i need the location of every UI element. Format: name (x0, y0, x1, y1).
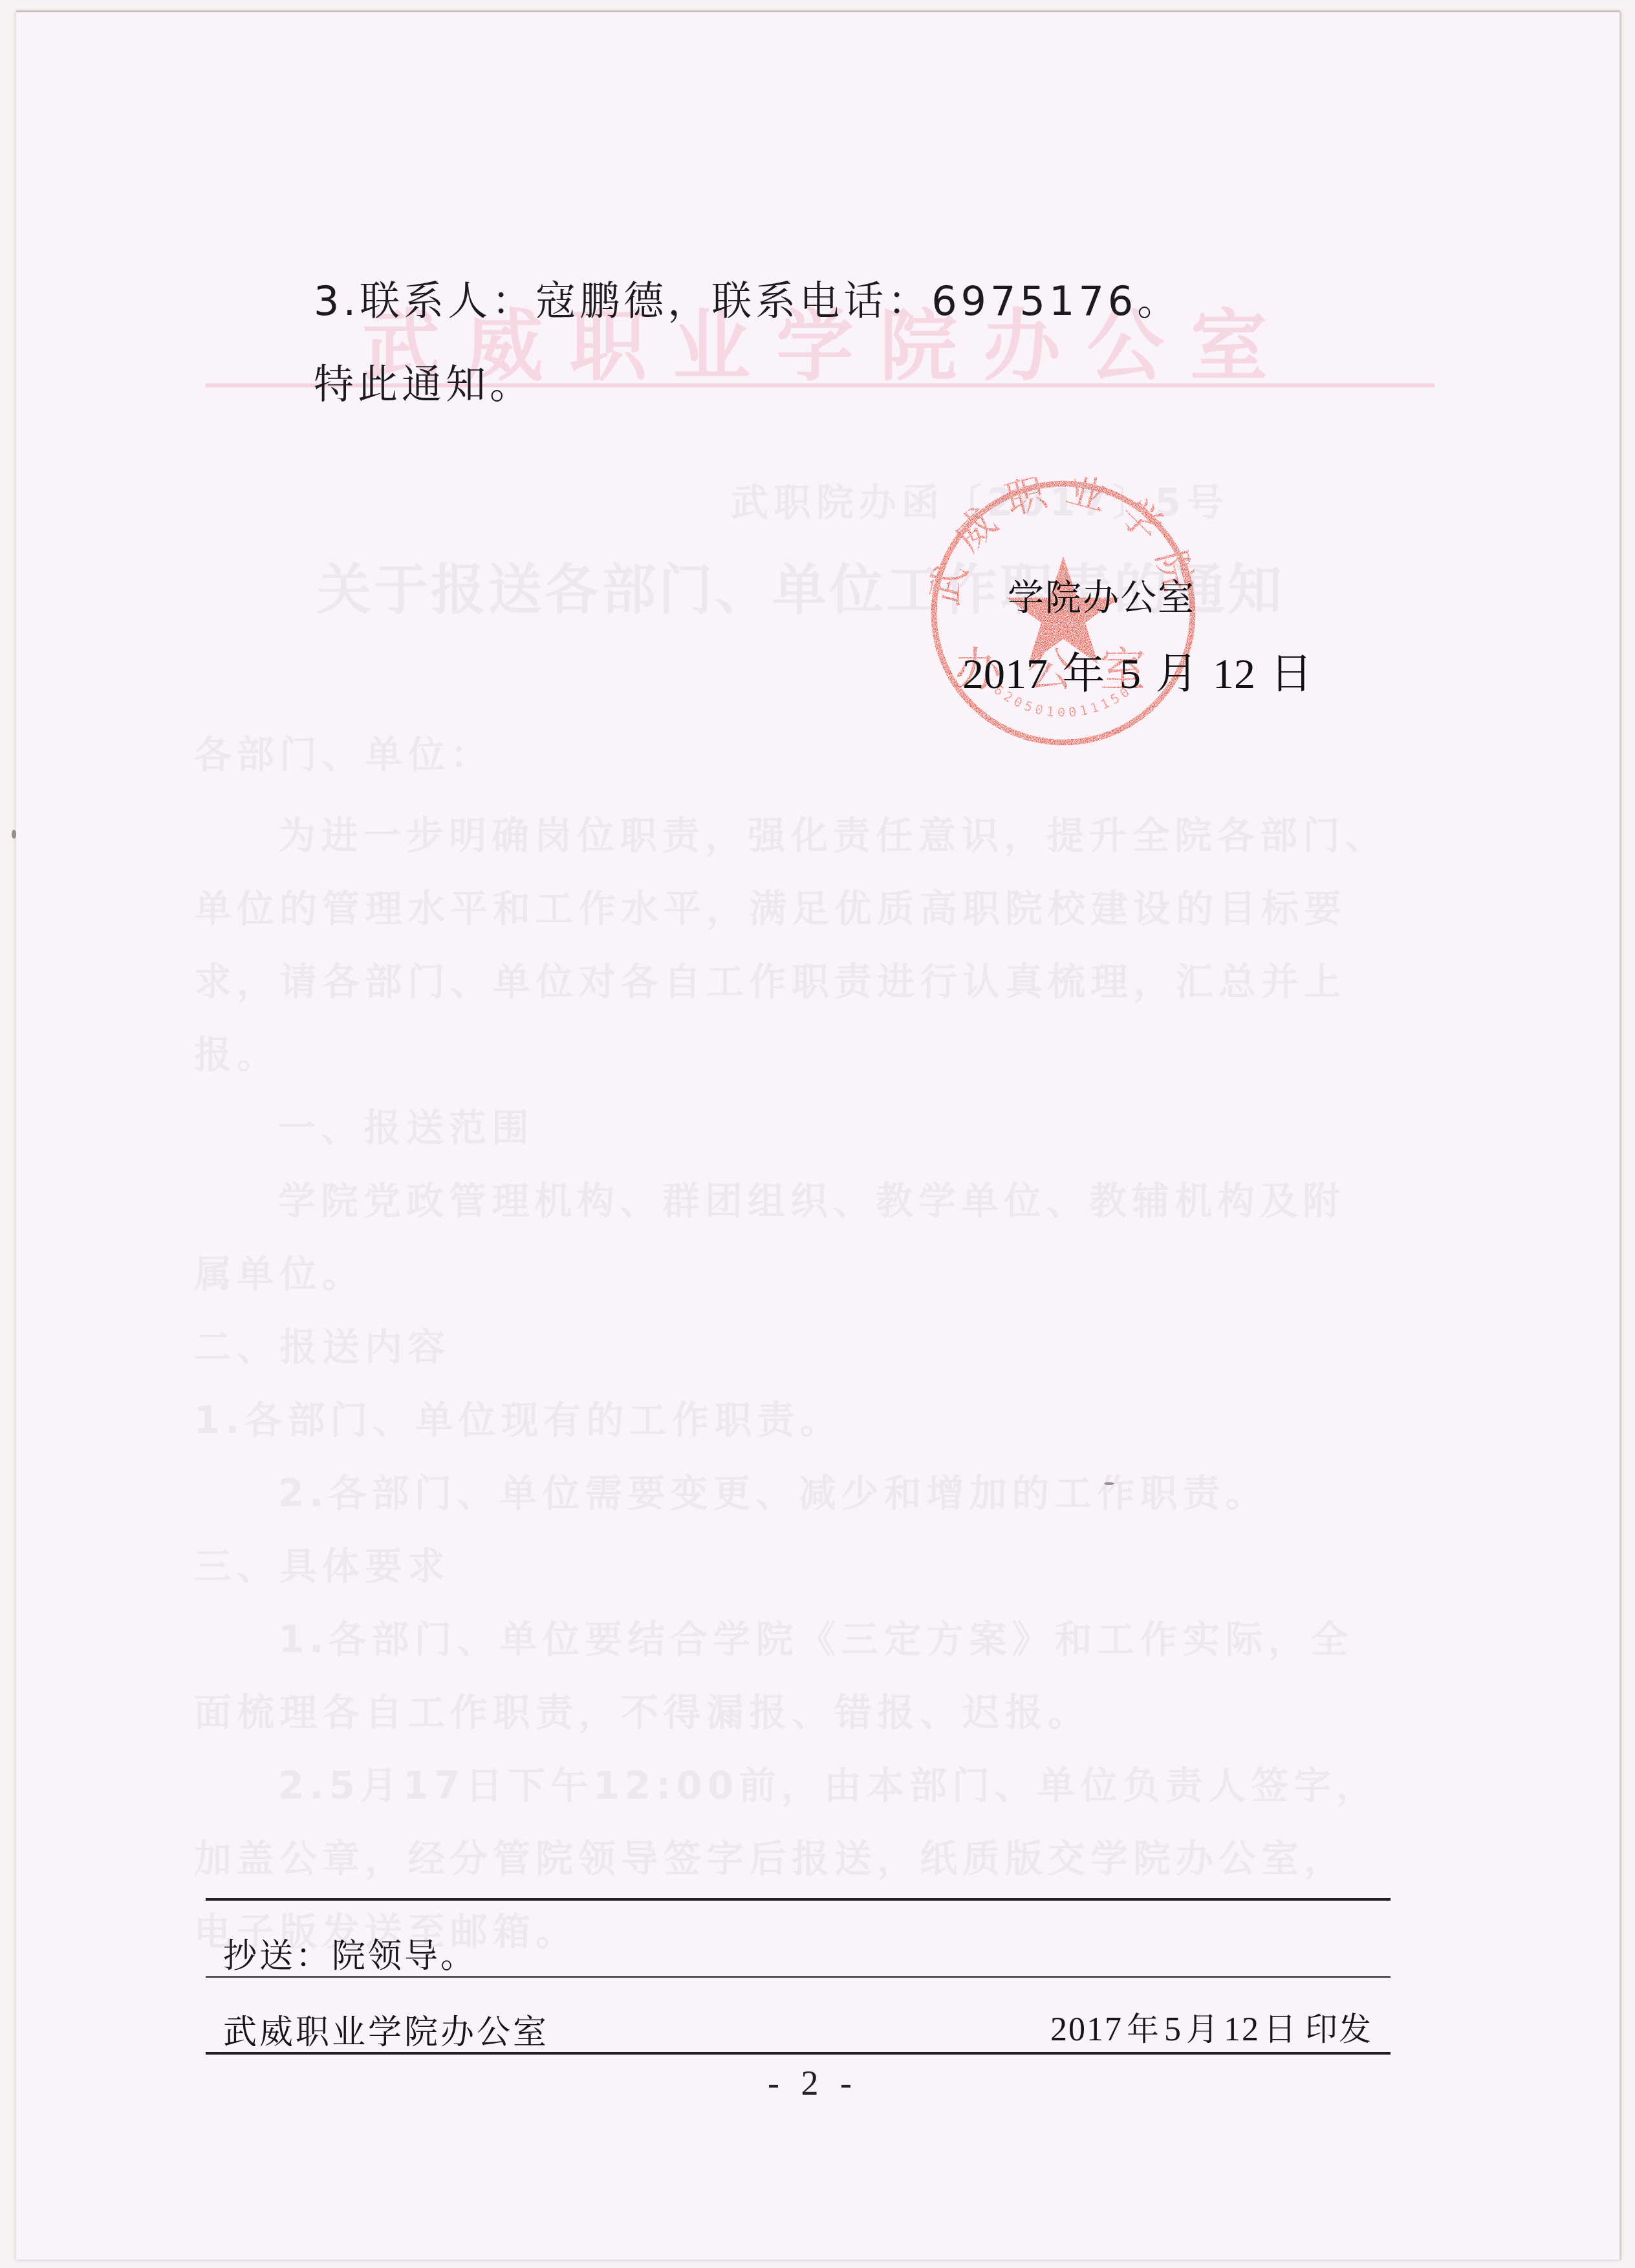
bleed-line: 加盖公章，经分管院领导签字后报送，纸质版交学院办公室， (194, 1828, 1347, 1883)
bleed-line: 面梳理各自工作职责，不得漏报、错报、迟报。 (194, 1682, 1090, 1736)
bleed-line: 属单位。 (194, 1244, 365, 1298)
signature-date: 2017 年 5 月 12 日 (962, 639, 1313, 700)
bleed-line: 求，请各部门、单位对各自工作职责进行认真梳理，汇总并上 (194, 951, 1347, 1006)
issue-year: 2017 (1050, 2011, 1123, 2048)
issue-day-unit: 日 (1264, 2011, 1297, 2048)
bleed-salutation: 各部门、单位： (194, 724, 493, 779)
issue-day: 12 (1224, 2011, 1260, 2048)
issue-month-unit: 月 (1186, 2011, 1220, 2048)
paper-edge (16, 10, 1620, 12)
paper-edge (1619, 12, 1621, 2260)
bleed-line: 单位的管理水平和工作水平，满足优质高职院校建设的目标要 (194, 878, 1347, 933)
issue-suffix: 印发 (1305, 2011, 1372, 2048)
footer-rule-top (206, 1898, 1391, 1901)
page-number: - 2 - (748, 2063, 878, 2103)
bleed-line: 二、报送内容 (194, 1317, 450, 1371)
issuer: 武威职业学院办公室 (223, 2005, 549, 2053)
contact-line: 3.联系人：寇鹏德，联系电话：6975176。 (314, 269, 1181, 327)
issue-date: 2017年5月12日印发 (1050, 2003, 1376, 2050)
bleed-line: 为进一步明确岗位职责，强化责任意识，提升全院各部门、 (278, 805, 1388, 859)
scan-speck (1104, 1482, 1114, 1485)
bleed-line: 1.各部门、单位现有的工作职责。 (194, 1390, 842, 1444)
bleed-line: 一、报送范围 (278, 1097, 534, 1152)
signature-office: 学院办公室 (1008, 569, 1195, 621)
bleed-line: 学院党政管理机构、群团组织、教学单位、教辅机构及附 (278, 1171, 1345, 1225)
bleed-line: 2.5月17日下午12:00前，由本部门、单位负责人签字， (278, 1755, 1379, 1809)
bleed-line: 三、具体要求 (194, 1536, 450, 1590)
issue-month: 5 (1164, 2011, 1182, 2048)
cc-label: 抄送： (223, 1937, 332, 1976)
bleed-line: 1.各部门、单位要结合学院《三定方案》和工作实际，全 (278, 1609, 1353, 1663)
scan-speck (12, 830, 16, 839)
closing-line: 特此通知。 (314, 352, 534, 410)
issue-year-unit: 年 (1127, 2011, 1160, 2048)
footer-rule-bottom (206, 2052, 1391, 2055)
bleed-line: 2.各部门、单位需要变更、减少和增加的工作职责。 (278, 1463, 1268, 1517)
cc-line: 抄送：院领导。 (223, 1928, 477, 1977)
bleed-line: 报。 (194, 1024, 279, 1079)
cc-value: 院领导。 (332, 1937, 477, 1976)
footer-rule-middle (206, 1976, 1391, 1978)
